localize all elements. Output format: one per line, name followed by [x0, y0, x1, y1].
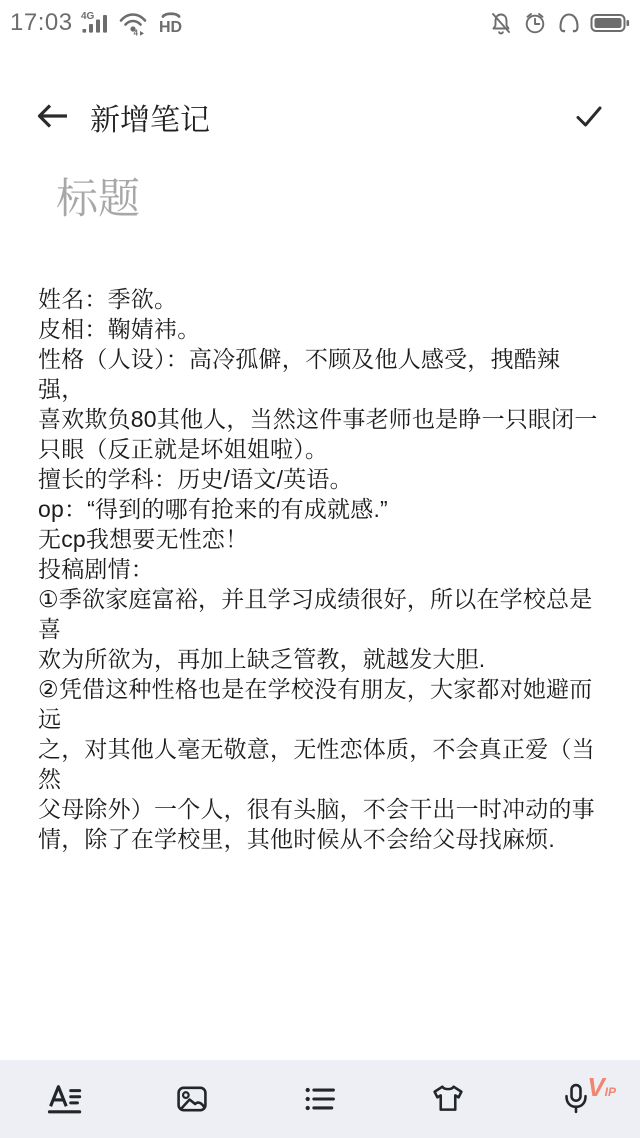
status-bar: 17:03 4G 4 HD [0, 0, 640, 42]
status-right-icons [488, 10, 630, 36]
back-arrow-icon [34, 100, 70, 135]
theme-skin-button[interactable] [384, 1060, 512, 1138]
voice-input-button[interactable]: VIP [512, 1060, 640, 1138]
back-button[interactable] [34, 100, 70, 135]
note-body-editor[interactable]: 姓名：季欲。 皮相：鞠婧祎。 性格（人设）：高冷孤僻，不顾及他人感受，拽酷辣强，… [0, 284, 640, 854]
alarm-clock-icon [522, 10, 548, 36]
bullet-list-button[interactable] [256, 1060, 384, 1138]
note-title-input[interactable] [36, 168, 604, 230]
insert-image-button[interactable] [128, 1060, 256, 1138]
image-icon [173, 1080, 211, 1118]
header: 新增笔记 [0, 88, 640, 146]
save-note-button[interactable] [572, 101, 606, 134]
svg-text:4G: 4G [81, 11, 95, 22]
clock-time: 17:03 [10, 9, 73, 37]
page-title: 新增笔记 [90, 95, 210, 139]
volte-hd-icon: HD [155, 10, 187, 36]
tshirt-icon [429, 1080, 467, 1118]
headset-icon [556, 10, 582, 36]
vip-badge: VIP [587, 1076, 616, 1099]
note-title-wrap [36, 168, 604, 230]
status-left-icons: 4G 4 HD [81, 10, 187, 36]
notifications-muted-icon [488, 10, 514, 36]
battery-icon [590, 11, 630, 35]
checkmark-icon [572, 101, 606, 134]
bullet-list-icon [301, 1080, 339, 1118]
svg-text:4: 4 [133, 29, 138, 37]
svg-text:HD: HD [159, 19, 182, 36]
text-format-button[interactable] [0, 1060, 128, 1138]
cellular-signal-4g-icon: 4G [81, 10, 111, 36]
editor-toolbar: VIP [0, 1060, 640, 1138]
text-format-icon [45, 1080, 83, 1118]
wifi-icon: 4 [118, 10, 148, 36]
